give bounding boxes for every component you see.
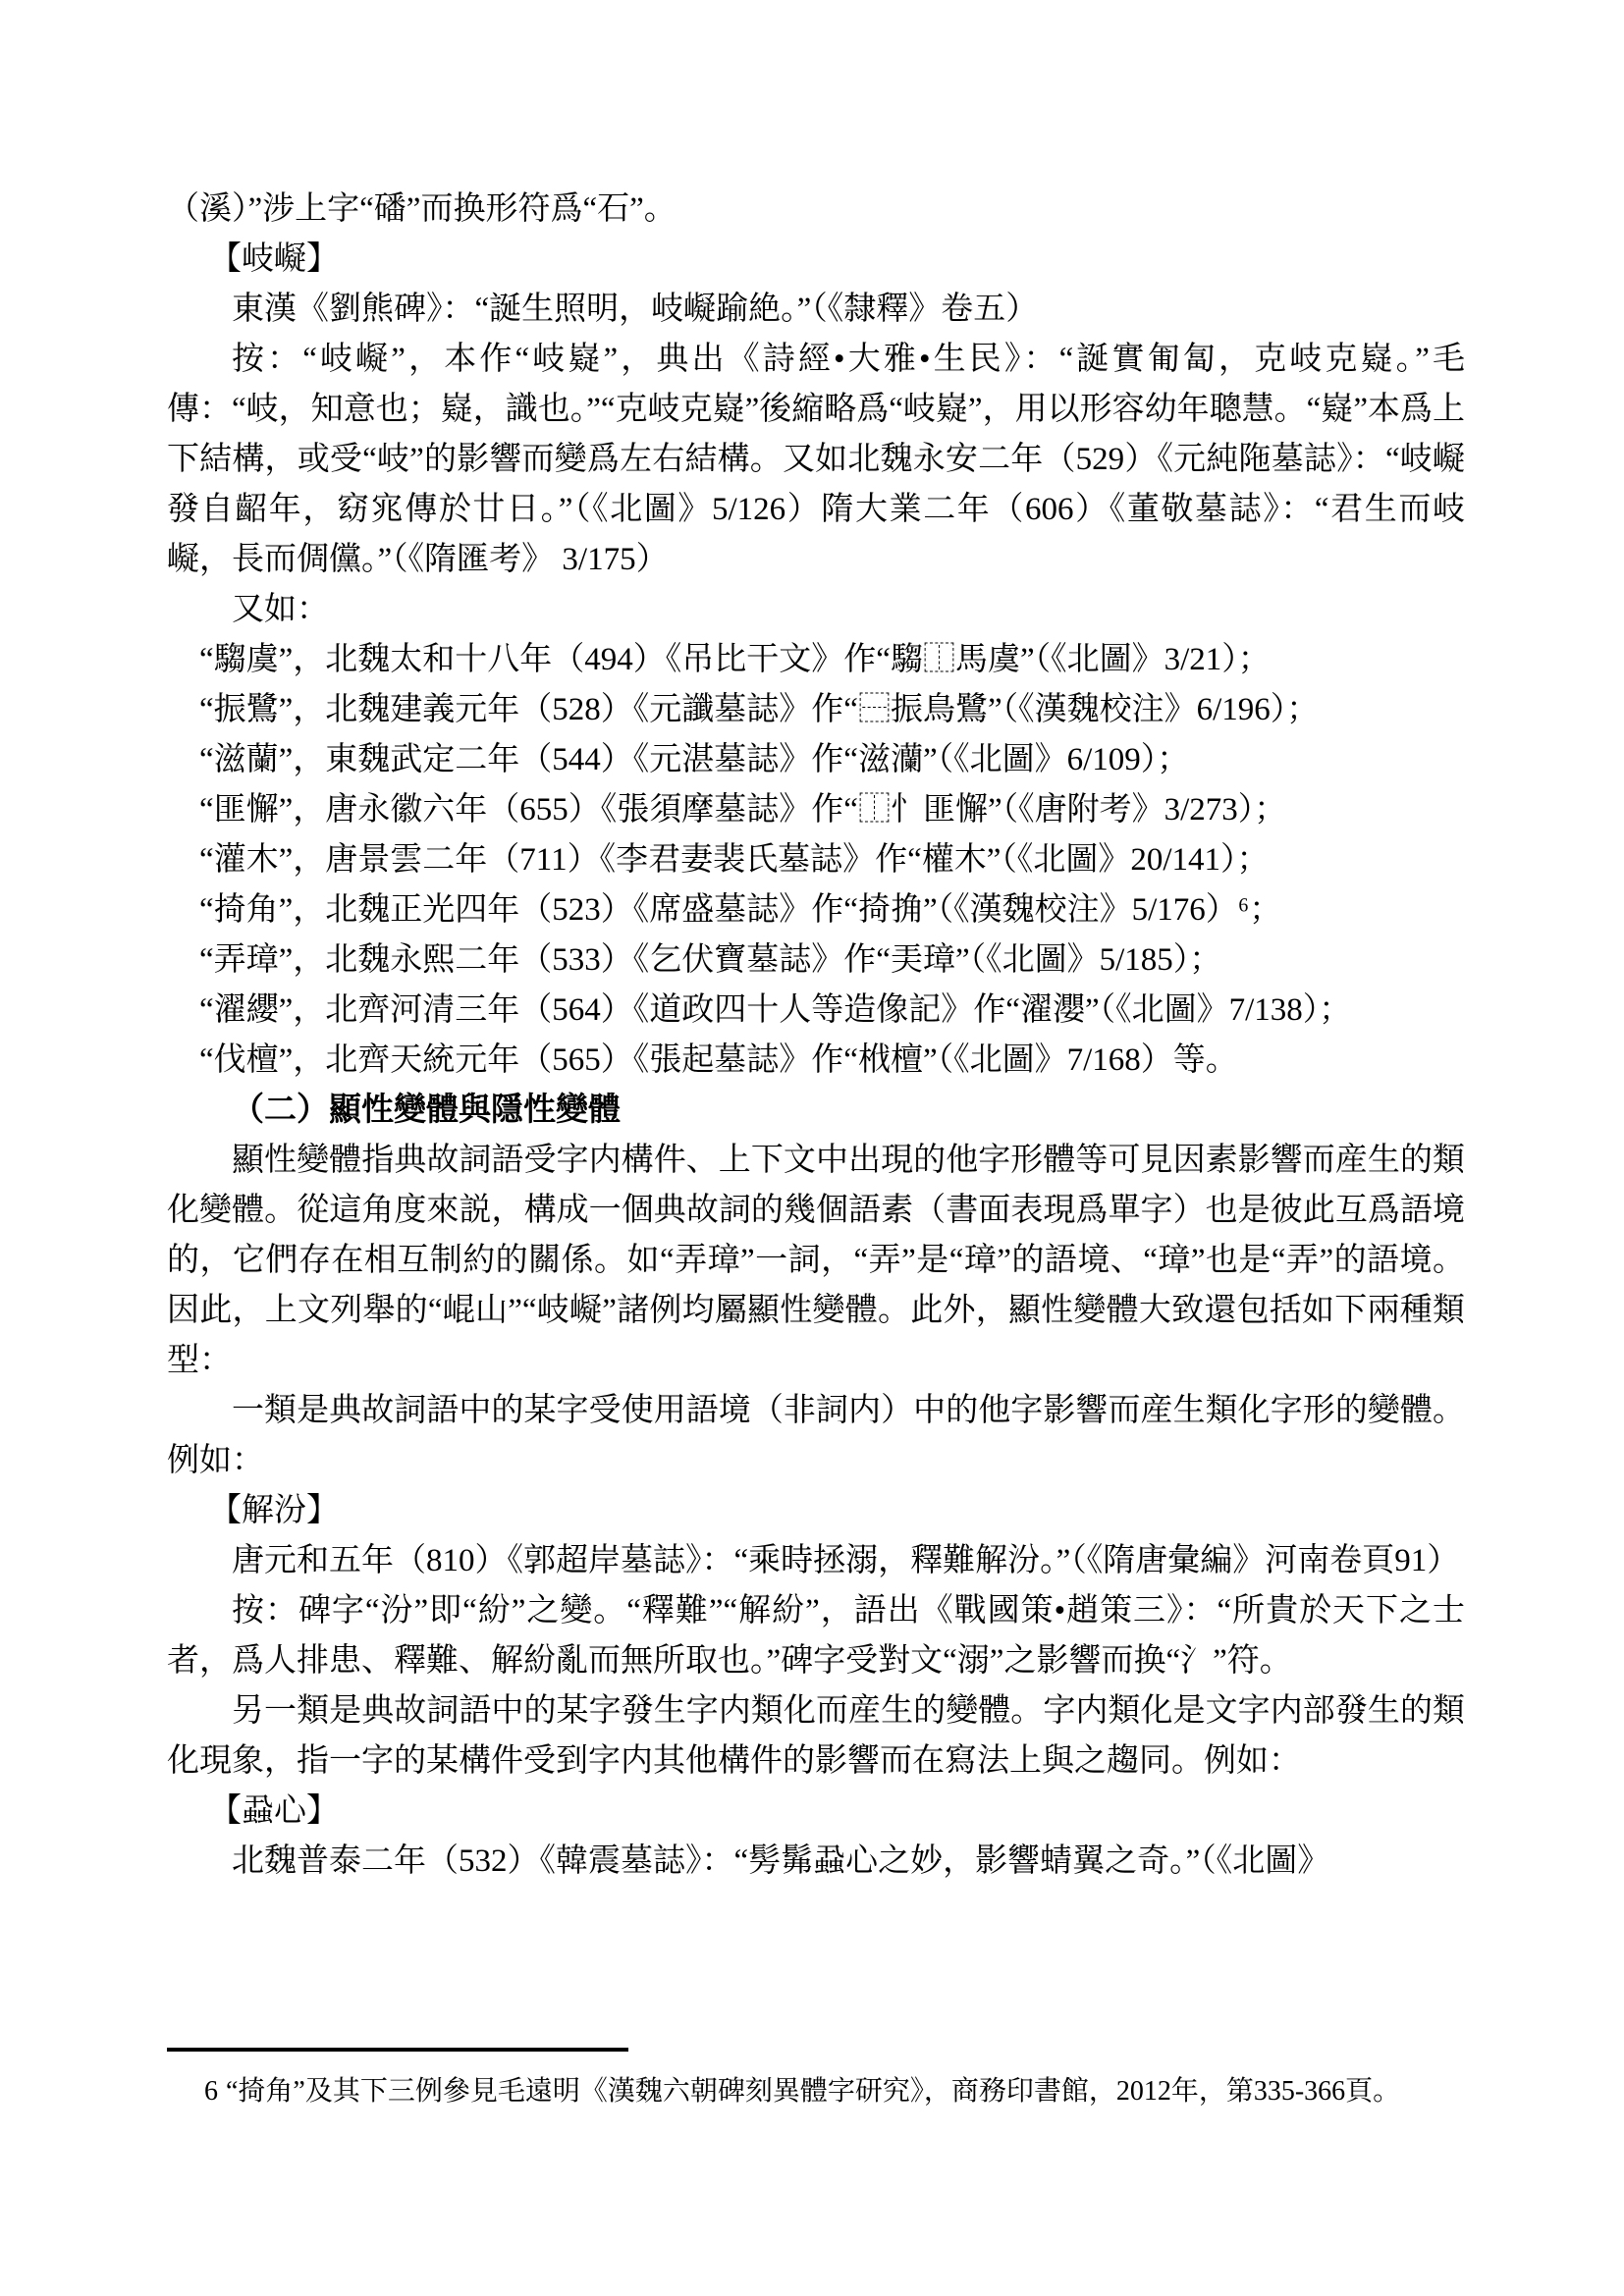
paragraph: 另一類是典故詞語中的某字發生字内類化而産生的變體。字内類化是文字内部發生的類化現…	[167, 1686, 1465, 1787]
example-list-item: “伐檀”，北齊天統元年（565）《張起墓誌》作“栰檀”（《北圖》7/168）等。	[167, 1036, 1465, 1086]
paragraph: 北魏普泰二年（532）《韓震墓誌》：“髣髴蝨心之妙，影響蜻翼之奇。”（《北圖》	[167, 1837, 1465, 1887]
example-list-item: “濯纓”，北齊河清三年（564）《道政四十人等造像記》作“濯瀴”（《北圖》7/1…	[167, 986, 1465, 1036]
section-heading: （二）顯性變體與隱性變體	[167, 1086, 1465, 1136]
footnote-content: “掎角”及其下三例參見毛遠明《漢魏六朝碑刻異體字研究》，商務印書館，2012年，…	[226, 2076, 1400, 2107]
paragraph: 一類是典故詞語中的某字受使用語境（非詞内）中的他字影響而産生類化字形的變體。例如…	[167, 1386, 1465, 1486]
footnote-text: 6“掎角”及其下三例參見毛遠明《漢魏六朝碑刻異體字研究》，商務印書館，2012年…	[167, 2071, 1465, 2112]
footnote-separator-rule	[167, 2048, 628, 2052]
entry-header: 【解汾】	[167, 1486, 1465, 1536]
paragraph: 按：碑字“汾”即“紛”之變。“釋難”“解紛”，語出《戰國策•趙策三》：“所貴於天…	[167, 1586, 1465, 1686]
example-list-item: “騶虞”，北魏太和十八年（494）《吊比干文》作“騶⿰馬虞”（《北圖》3/21）…	[167, 635, 1465, 685]
footnote-section: 6“掎角”及其下三例參見毛遠明《漢魏六朝碑刻異體字研究》，商務印書館，2012年…	[167, 2048, 1465, 2112]
example-list-item: “弄璋”，北魏永熙二年（533）《乞伏寶墓誌》作“㺯璋”（《北圖》5/185）；	[167, 935, 1465, 986]
paragraph: 唐元和五年（810）《郭超岸墓誌》：“乘時拯溺，釋難解汾。”（《隋唐彙編》河南卷…	[167, 1536, 1465, 1586]
example-list-item: “匪懈”，唐永徽六年（655）《張須摩墓誌》作“⿰忄匪懈”（《唐附考》3/273…	[167, 785, 1465, 835]
example-list-item: “掎角”，北魏正光四年（523）《席盛墓誌》作“掎捔”（《漢魏校注》5/176）…	[167, 885, 1465, 935]
entry-header: 【岐㠜】	[167, 235, 1465, 285]
document-body: （溪）”涉上字“磻”而换形符爲“石”。【岐㠜】東漢《劉熊碑》：“誕生照明，岐㠜踰…	[167, 185, 1465, 1887]
entry-header: 【蝨心】	[167, 1787, 1465, 1837]
paragraph: 又如：	[167, 585, 1465, 635]
footnote-marker: 6	[204, 2076, 218, 2107]
paragraph: 東漢《劉熊碑》：“誕生照明，岐㠜踰絶。”（《隸釋》卷五）	[167, 285, 1465, 335]
paragraph: 顯性變體指典故詞語受字内構件、上下文中出現的他字形體等可見因素影響而産生的類化變…	[167, 1136, 1465, 1386]
document-page: （溪）”涉上字“磻”而换形符爲“石”。【岐㠜】東漢《劉熊碑》：“誕生照明，岐㠜踰…	[0, 0, 1624, 2296]
example-list-item: “振鷺”，北魏建義元年（528）《元讖墓誌》作“⿱振鳥鷺”（《漢魏校注》6/19…	[167, 685, 1465, 735]
paragraph: 按：“岐㠜”，本作“岐嶷”，典出《詩經•大雅•生民》：“誕實匍匐，克岐克嶷。”毛…	[167, 335, 1465, 585]
example-list-item: “滋蘭”，東魏武定二年（544）《元湛墓誌》作“滋灡”（《北圖》6/109）；	[167, 735, 1465, 785]
example-list-item: “灌木”，唐景雲二年（711）《李君妻裴氏墓誌》作“權木”（《北圖》20/141…	[167, 835, 1465, 885]
paragraph: （溪）”涉上字“磻”而换形符爲“石”。	[167, 185, 1465, 235]
